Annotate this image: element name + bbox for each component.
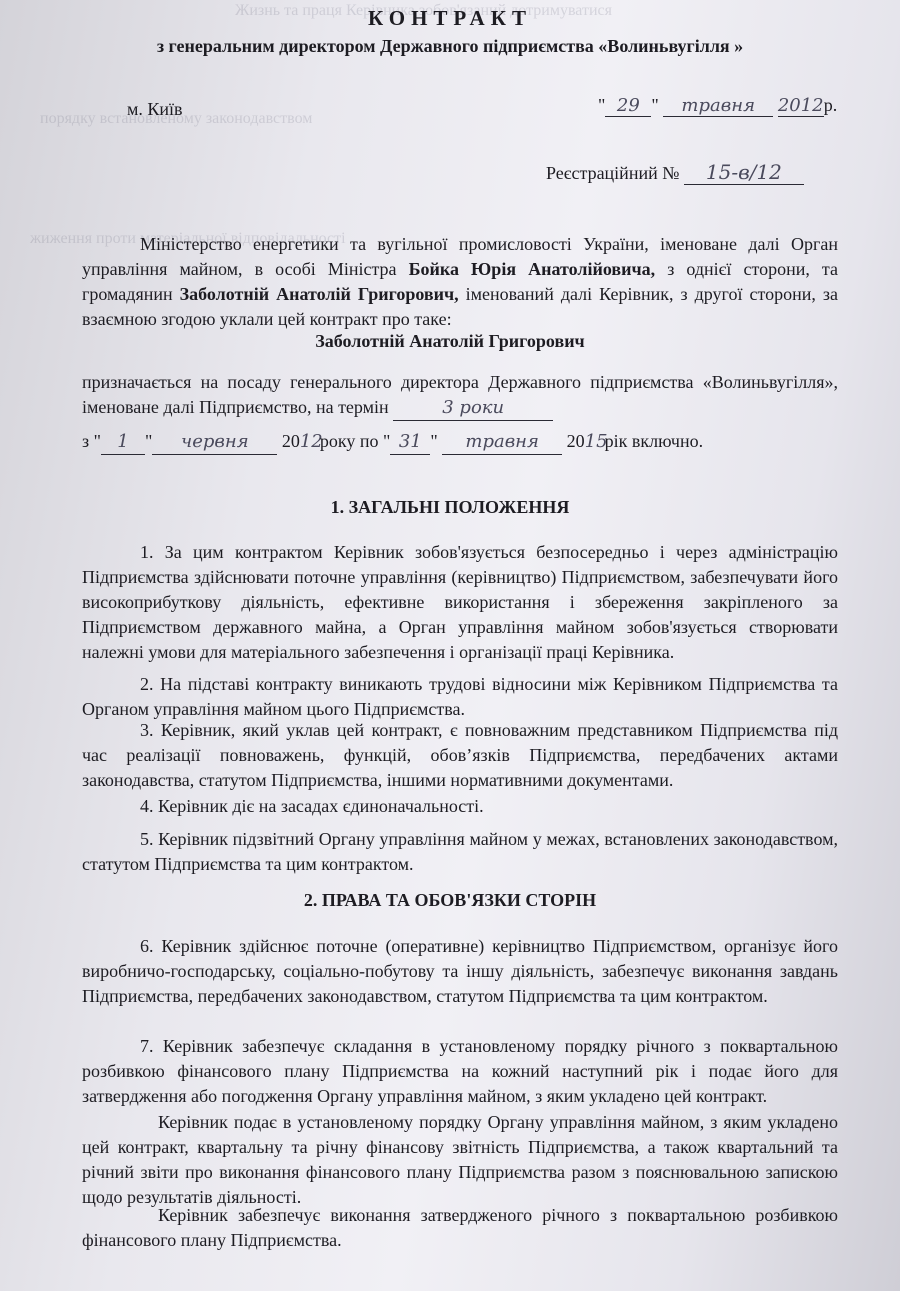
appointment-clause: призначається на посаду генерального дир… (82, 370, 838, 421)
period-to-day: 31 (390, 429, 430, 455)
appointment-term: 3 роки (393, 395, 553, 421)
clause-1: 1. За цим контрактом Керівник зобов'язує… (82, 540, 838, 665)
clause-7: 7. Керівник забезпечує складання в устан… (82, 1034, 838, 1109)
minister-name: Бойка Юрія Анатолійовича, (409, 259, 656, 279)
section-1-title: 1. ЗАГАЛЬНІ ПОЛОЖЕННЯ (0, 497, 900, 518)
clause-5: 5. Керівник підзвітний Органу управління… (82, 827, 838, 877)
date-suffix: р. (824, 95, 838, 115)
clause-6: 6. Керівник здійснює поточне (оперативне… (82, 934, 838, 1009)
clause-2: 2. На підставі контракту виникають трудо… (82, 672, 838, 722)
date-year: 2012 (778, 95, 824, 117)
document-title: КОНТРАКТ (0, 6, 900, 31)
clause-7-execution: Керівник забезпечує виконання затверджен… (82, 1203, 838, 1253)
preamble: Міністерство енергетики та вугільної про… (82, 232, 838, 332)
clause-4: 4. Керівник діє на засадах єдиноначально… (82, 794, 838, 819)
period-from-month: червня (152, 429, 277, 455)
appointee-name: Заболотній Анатолій Григорович (0, 331, 900, 352)
clause-7-reporting: Керівник подає в установленому порядку О… (82, 1110, 838, 1210)
citizen-name: Заболотній Анатолій Григорович, (180, 284, 459, 304)
period-from-day: 1 (101, 429, 145, 455)
contract-date: "29" травня 2012р. (598, 95, 837, 117)
city-label: м. Київ (127, 99, 183, 120)
section-2-title: 2. ПРАВА ТА ОБОВ'ЯЗКИ СТОРІН (0, 890, 900, 911)
period-from-year: 12 (300, 429, 320, 454)
registration-label: Реєстраційний № (546, 163, 679, 183)
registration-value: 15-в/12 (684, 160, 804, 185)
date-day: 29 (605, 95, 651, 117)
appointment-period: з "1"червня 2012року по "31" травня 2015… (82, 429, 838, 455)
period-to-year: 15 (585, 429, 605, 454)
date-month: травня (663, 95, 773, 117)
period-to-month: травня (442, 429, 562, 455)
document-subtitle: з генеральним директором Державного підп… (0, 36, 900, 57)
contract-page: Жизнь та праця Керівника зобов'язаний до… (0, 0, 900, 1291)
registration-number: Реєстраційний № 15-в/12 (546, 160, 804, 185)
clause-3: 3. Керівник, який уклав цей контракт, є … (82, 718, 838, 793)
